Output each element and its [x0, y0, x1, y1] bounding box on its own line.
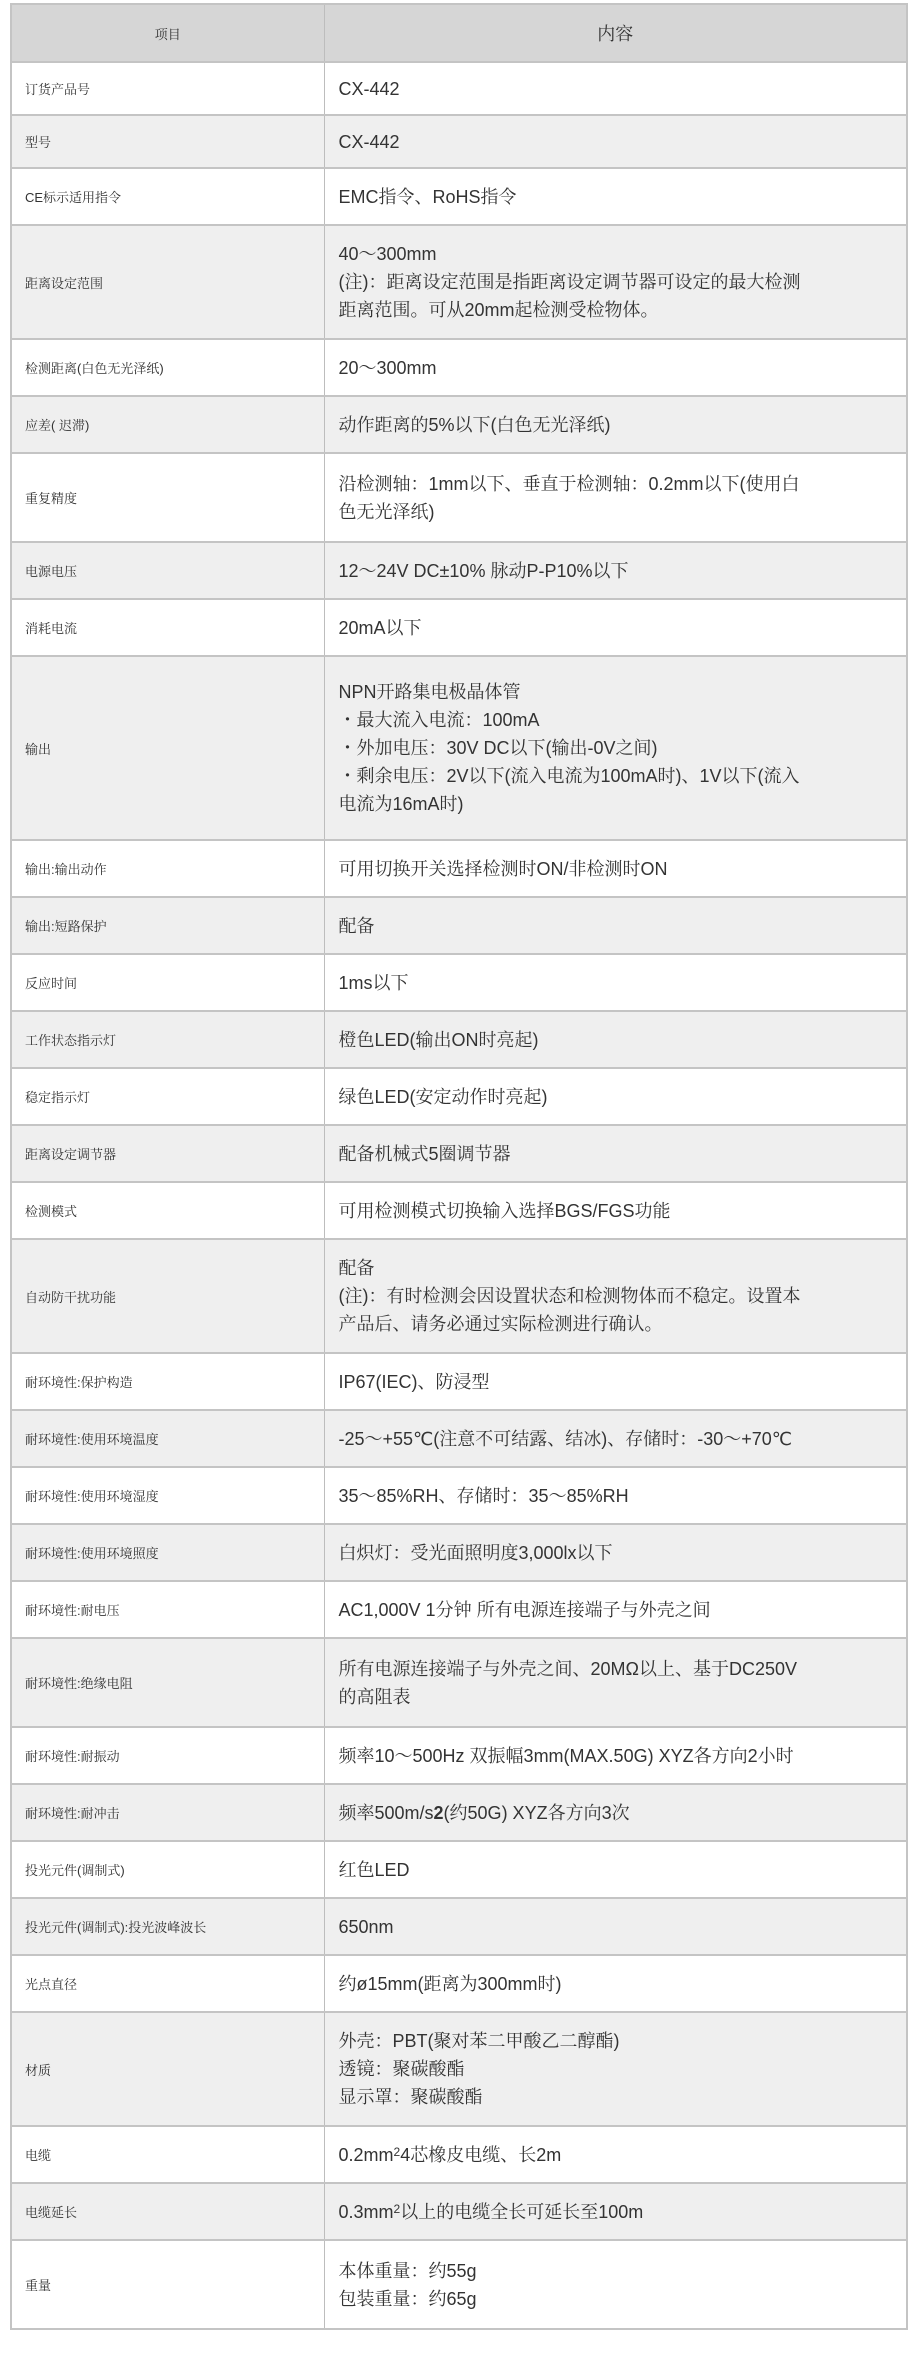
table-row: 订货产品号 CX-442 — [11, 62, 907, 115]
value-line: IP67(IEC)、防浸型 — [339, 1368, 893, 1396]
row-value: 35～85%RH、存储时：35～85%RH — [324, 1467, 907, 1524]
value-line: 40～300mm — [339, 240, 893, 268]
value-text: 以上的电缆全长可延长至100m — [400, 2202, 643, 2222]
value-line: 距离范围。可从20mm起检测受检物体。 — [339, 296, 893, 324]
row-label: 耐环境性:使用环境温度 — [11, 1410, 324, 1467]
row-value: 40～300mm (注)：距离设定范围是指距离设定调节器可设定的最大检测 距离范… — [324, 225, 907, 339]
table-row: 消耗电流 20mA以下 — [11, 599, 907, 656]
table-row: 投光元件(调制式):投光波峰波长 650nm — [11, 1898, 907, 1955]
table-row: CE标示适用指令 EMC指令、RoHS指令 — [11, 168, 907, 225]
row-label: 耐环境性:耐振动 — [11, 1727, 324, 1784]
value-line: 白炽灯：受光面照明度3,000lx以下 — [339, 1539, 893, 1567]
value-text: 0.2mm — [339, 2145, 394, 2165]
value-line: 显示罩：聚碳酸酯 — [339, 2083, 893, 2111]
row-label: 投光元件(调制式) — [11, 1841, 324, 1898]
table-row: 耐环境性:使用环境湿度 35～85%RH、存储时：35～85%RH — [11, 1467, 907, 1524]
table-row: 耐环境性:耐电压 AC1,000V 1分钟 所有电源连接端子与外壳之间 — [11, 1581, 907, 1638]
row-label: 检测距离(白色无光泽纸) — [11, 339, 324, 396]
table-row: 耐环境性:耐冲击 频率500m/s2(约50G) XYZ各方向3次 — [11, 1784, 907, 1841]
table-row: 自动防干扰功能 配备 (注)：有时检测会因设置状态和检测物体而不稳定。设置本 产… — [11, 1239, 907, 1353]
table-row: 输出:输出动作 可用切换开关选择检测时ON/非检测时ON — [11, 840, 907, 897]
value-line: 本体重量：约55g — [339, 2257, 893, 2285]
value-line: AC1,000V 1分钟 所有电源连接端子与外壳之间 — [339, 1596, 893, 1624]
value-superscript: 2 — [394, 2202, 401, 2216]
row-label: 耐环境性:使用环境湿度 — [11, 1467, 324, 1524]
row-label: 订货产品号 — [11, 62, 324, 115]
row-label: 重复精度 — [11, 453, 324, 542]
table-row: 应差( 迟滞) 动作距离的5%以下(白色无光泽纸) — [11, 396, 907, 453]
value-line: 频率500m/s2(约50G) XYZ各方向3次 — [339, 1799, 893, 1827]
table-row: 投光元件(调制式) 红色LED — [11, 1841, 907, 1898]
row-label: 反应时间 — [11, 954, 324, 1011]
table-row: 检测距离(白色无光泽纸) 20～300mm — [11, 339, 907, 396]
table-row: 反应时间 1ms以下 — [11, 954, 907, 1011]
value-text: 4芯橡皮电缆、长2m — [400, 2145, 561, 2165]
table-row: 型号 CX-442 — [11, 115, 907, 168]
row-label: 重量 — [11, 2240, 324, 2329]
row-value: 外壳：PBT(聚对苯二甲酸乙二醇酯) 透镜：聚碳酸酯 显示罩：聚碳酸酯 — [324, 2012, 907, 2126]
value-text: (约50G) XYZ各方向3次 — [444, 1803, 630, 1823]
value-line: 色无光泽纸) — [339, 498, 893, 526]
table-row: 距离设定范围 40～300mm (注)：距离设定范围是指距离设定调节器可设定的最… — [11, 225, 907, 339]
value-line: 650nm — [339, 1913, 893, 1941]
table-row: 光点直径 约ø15mm(距离为300mm时) — [11, 1955, 907, 2012]
row-value: 频率500m/s2(约50G) XYZ各方向3次 — [324, 1784, 907, 1841]
table-row: 耐环境性:使用环境照度 白炽灯：受光面照明度3,000lx以下 — [11, 1524, 907, 1581]
table-row: 输出:短路保护 配备 — [11, 897, 907, 954]
value-line: 可用检测模式切换输入选择BGS/FGS功能 — [339, 1197, 893, 1225]
row-value: 650nm — [324, 1898, 907, 1955]
row-value: 本体重量：约55g 包装重量：约65g — [324, 2240, 907, 2329]
value-line: 产品后、请务必通过实际检测进行确认。 — [339, 1310, 893, 1338]
value-line: (注)：有时检测会因设置状态和检测物体而不稳定。设置本 — [339, 1282, 893, 1310]
row-value: 20mA以下 — [324, 599, 907, 656]
row-value: 配备 (注)：有时检测会因设置状态和检测物体而不稳定。设置本 产品后、请务必通过… — [324, 1239, 907, 1353]
row-label: 应差( 迟滞) — [11, 396, 324, 453]
row-label: 输出 — [11, 656, 324, 840]
table-row: 重量 本体重量：约55g 包装重量：约65g — [11, 2240, 907, 2329]
row-value: CX-442 — [324, 62, 907, 115]
value-line: 外壳：PBT(聚对苯二甲酸乙二醇酯) — [339, 2027, 893, 2055]
row-label: 输出:短路保护 — [11, 897, 324, 954]
row-label: 输出:输出动作 — [11, 840, 324, 897]
row-label: 距离设定调节器 — [11, 1125, 324, 1182]
row-value: 白炽灯：受光面照明度3,000lx以下 — [324, 1524, 907, 1581]
value-line: 红色LED — [339, 1856, 893, 1884]
row-label: 耐环境性:使用环境照度 — [11, 1524, 324, 1581]
row-value: 配备机械式5圈调节器 — [324, 1125, 907, 1182]
row-value: -25～+55℃(注意不可结露、结冰)、存储时：-30～+70℃ — [324, 1410, 907, 1467]
row-value: 红色LED — [324, 1841, 907, 1898]
value-line: 1ms以下 — [339, 969, 893, 997]
value-line: 20mA以下 — [339, 614, 893, 642]
row-label: CE标示适用指令 — [11, 168, 324, 225]
table-row: 电源电压 12～24V DC±10% 脉动P-P10%以下 — [11, 542, 907, 599]
row-label: 距离设定范围 — [11, 225, 324, 339]
value-line: 所有电源连接端子与外壳之间、20MΩ以上、基于DC250V — [339, 1655, 893, 1683]
value-text: 0.3mm — [339, 2202, 394, 2222]
table-row: 耐环境性:绝缘电阻 所有电源连接端子与外壳之间、20MΩ以上、基于DC250V … — [11, 1638, 907, 1727]
spec-table: 项目 内容 订货产品号 CX-442 型号 CX-442 CE标示适用指令 EM… — [10, 3, 908, 2330]
row-value: CX-442 — [324, 115, 907, 168]
value-line: ・剩余电压：2V以下(流入电流为100mA时)、1V以下(流入 — [339, 762, 893, 790]
value-line: EMC指令、RoHS指令 — [339, 183, 893, 211]
value-line: -25～+55℃(注意不可结露、结冰)、存储时：-30～+70℃ — [339, 1425, 893, 1453]
value-line: 透镜：聚碳酸酯 — [339, 2055, 893, 2083]
value-line: CX-442 — [339, 128, 893, 156]
value-line: 可用切换开关选择检测时ON/非检测时ON — [339, 855, 893, 883]
row-value: 0.2mm24芯橡皮电缆、长2m — [324, 2126, 907, 2183]
row-value: 12～24V DC±10% 脉动P-P10%以下 — [324, 542, 907, 599]
table-row: 检测模式 可用检测模式切换输入选择BGS/FGS功能 — [11, 1182, 907, 1239]
row-value: 配备 — [324, 897, 907, 954]
row-value: IP67(IEC)、防浸型 — [324, 1353, 907, 1410]
table-row: 耐环境性:使用环境温度 -25～+55℃(注意不可结露、结冰)、存储时：-30～… — [11, 1410, 907, 1467]
value-line: 12～24V DC±10% 脉动P-P10%以下 — [339, 557, 893, 585]
header-row: 项目 内容 — [11, 4, 907, 62]
row-label: 自动防干扰功能 — [11, 1239, 324, 1353]
row-label: 耐环境性:耐电压 — [11, 1581, 324, 1638]
table-row: 耐环境性:保护构造 IP67(IEC)、防浸型 — [11, 1353, 907, 1410]
value-text: 频率500m/s — [339, 1803, 434, 1823]
row-value: 可用检测模式切换输入选择BGS/FGS功能 — [324, 1182, 907, 1239]
value-line: 0.3mm2以上的电缆全长可延长至100m — [339, 2198, 893, 2226]
table-row: 工作状态指示灯 橙色LED(输出ON时亮起) — [11, 1011, 907, 1068]
row-label: 型号 — [11, 115, 324, 168]
row-value: 动作距离的5%以下(白色无光泽纸) — [324, 396, 907, 453]
row-value: 可用切换开关选择检测时ON/非检测时ON — [324, 840, 907, 897]
value-line: 动作距离的5%以下(白色无光泽纸) — [339, 411, 893, 439]
row-value: 所有电源连接端子与外壳之间、20MΩ以上、基于DC250V 的高阻表 — [324, 1638, 907, 1727]
value-line: 橙色LED(输出ON时亮起) — [339, 1026, 893, 1054]
row-label: 耐环境性:耐冲击 — [11, 1784, 324, 1841]
row-label: 电缆 — [11, 2126, 324, 2183]
value-line: 35～85%RH、存储时：35～85%RH — [339, 1482, 893, 1510]
value-line: NPN开路集电极晶体管 — [339, 678, 893, 706]
row-label: 投光元件(调制式):投光波峰波长 — [11, 1898, 324, 1955]
value-line: 约ø15mm(距离为300mm时) — [339, 1970, 893, 1998]
row-label: 稳定指示灯 — [11, 1068, 324, 1125]
row-label: 工作状态指示灯 — [11, 1011, 324, 1068]
value-superscript: 2 — [394, 2145, 401, 2159]
row-value: 20～300mm — [324, 339, 907, 396]
value-line: 的高阻表 — [339, 1683, 893, 1711]
table-row: 材质 外壳：PBT(聚对苯二甲酸乙二醇酯) 透镜：聚碳酸酯 显示罩：聚碳酸酯 — [11, 2012, 907, 2126]
table-row: 稳定指示灯 绿色LED(安定动作时亮起) — [11, 1068, 907, 1125]
row-label: 耐环境性:保护构造 — [11, 1353, 324, 1410]
value-exponent: 2 — [434, 1803, 444, 1823]
row-value: 1ms以下 — [324, 954, 907, 1011]
row-label: 电缆延长 — [11, 2183, 324, 2240]
row-label: 耐环境性:绝缘电阻 — [11, 1638, 324, 1727]
value-line: 频率10～500Hz 双振幅3mm(MAX.50G) XYZ各方向2小时 — [339, 1742, 893, 1770]
value-line: ・最大流入电流：100mA — [339, 706, 893, 734]
row-value: 沿检测轴：1mm以下、垂直于检测轴：0.2mm以下(使用白 色无光泽纸) — [324, 453, 907, 542]
row-label: 检测模式 — [11, 1182, 324, 1239]
row-label: 光点直径 — [11, 1955, 324, 2012]
value-line: 绿色LED(安定动作时亮起) — [339, 1083, 893, 1111]
value-line: (注)：距离设定范围是指距离设定调节器可设定的最大检测 — [339, 268, 893, 296]
value-line: 配备机械式5圈调节器 — [339, 1140, 893, 1168]
value-line: 配备 — [339, 912, 893, 940]
value-line: 20～300mm — [339, 354, 893, 382]
value-line: 配备 — [339, 1254, 893, 1282]
value-line: 电流为16mA时) — [339, 790, 893, 818]
row-label: 消耗电流 — [11, 599, 324, 656]
header-content: 内容 — [324, 4, 907, 62]
table-row: 距离设定调节器 配备机械式5圈调节器 — [11, 1125, 907, 1182]
row-value: EMC指令、RoHS指令 — [324, 168, 907, 225]
value-line: 0.2mm24芯橡皮电缆、长2m — [339, 2141, 893, 2169]
row-value: AC1,000V 1分钟 所有电源连接端子与外壳之间 — [324, 1581, 907, 1638]
table-row: 耐环境性:耐振动 频率10～500Hz 双振幅3mm(MAX.50G) XYZ各… — [11, 1727, 907, 1784]
value-line: 沿检测轴：1mm以下、垂直于检测轴：0.2mm以下(使用白 — [339, 470, 893, 498]
row-value: 0.3mm2以上的电缆全长可延长至100m — [324, 2183, 907, 2240]
table-row: 输出 NPN开路集电极晶体管 ・最大流入电流：100mA ・外加电压：30V D… — [11, 656, 907, 840]
table-row: 电缆延长 0.3mm2以上的电缆全长可延长至100m — [11, 2183, 907, 2240]
row-value: 橙色LED(输出ON时亮起) — [324, 1011, 907, 1068]
table-row: 重复精度 沿检测轴：1mm以下、垂直于检测轴：0.2mm以下(使用白 色无光泽纸… — [11, 453, 907, 542]
row-label: 电源电压 — [11, 542, 324, 599]
value-line: CX-442 — [339, 75, 893, 103]
header-item: 项目 — [11, 4, 324, 62]
row-value: 约ø15mm(距离为300mm时) — [324, 1955, 907, 2012]
row-value: 频率10～500Hz 双振幅3mm(MAX.50G) XYZ各方向2小时 — [324, 1727, 907, 1784]
value-line: ・外加电压：30V DC以下(输出-0V之间) — [339, 734, 893, 762]
value-line: 包装重量：约65g — [339, 2285, 893, 2313]
row-label: 材质 — [11, 2012, 324, 2126]
row-value: NPN开路集电极晶体管 ・最大流入电流：100mA ・外加电压：30V DC以下… — [324, 656, 907, 840]
table-row: 电缆 0.2mm24芯橡皮电缆、长2m — [11, 2126, 907, 2183]
row-value: 绿色LED(安定动作时亮起) — [324, 1068, 907, 1125]
